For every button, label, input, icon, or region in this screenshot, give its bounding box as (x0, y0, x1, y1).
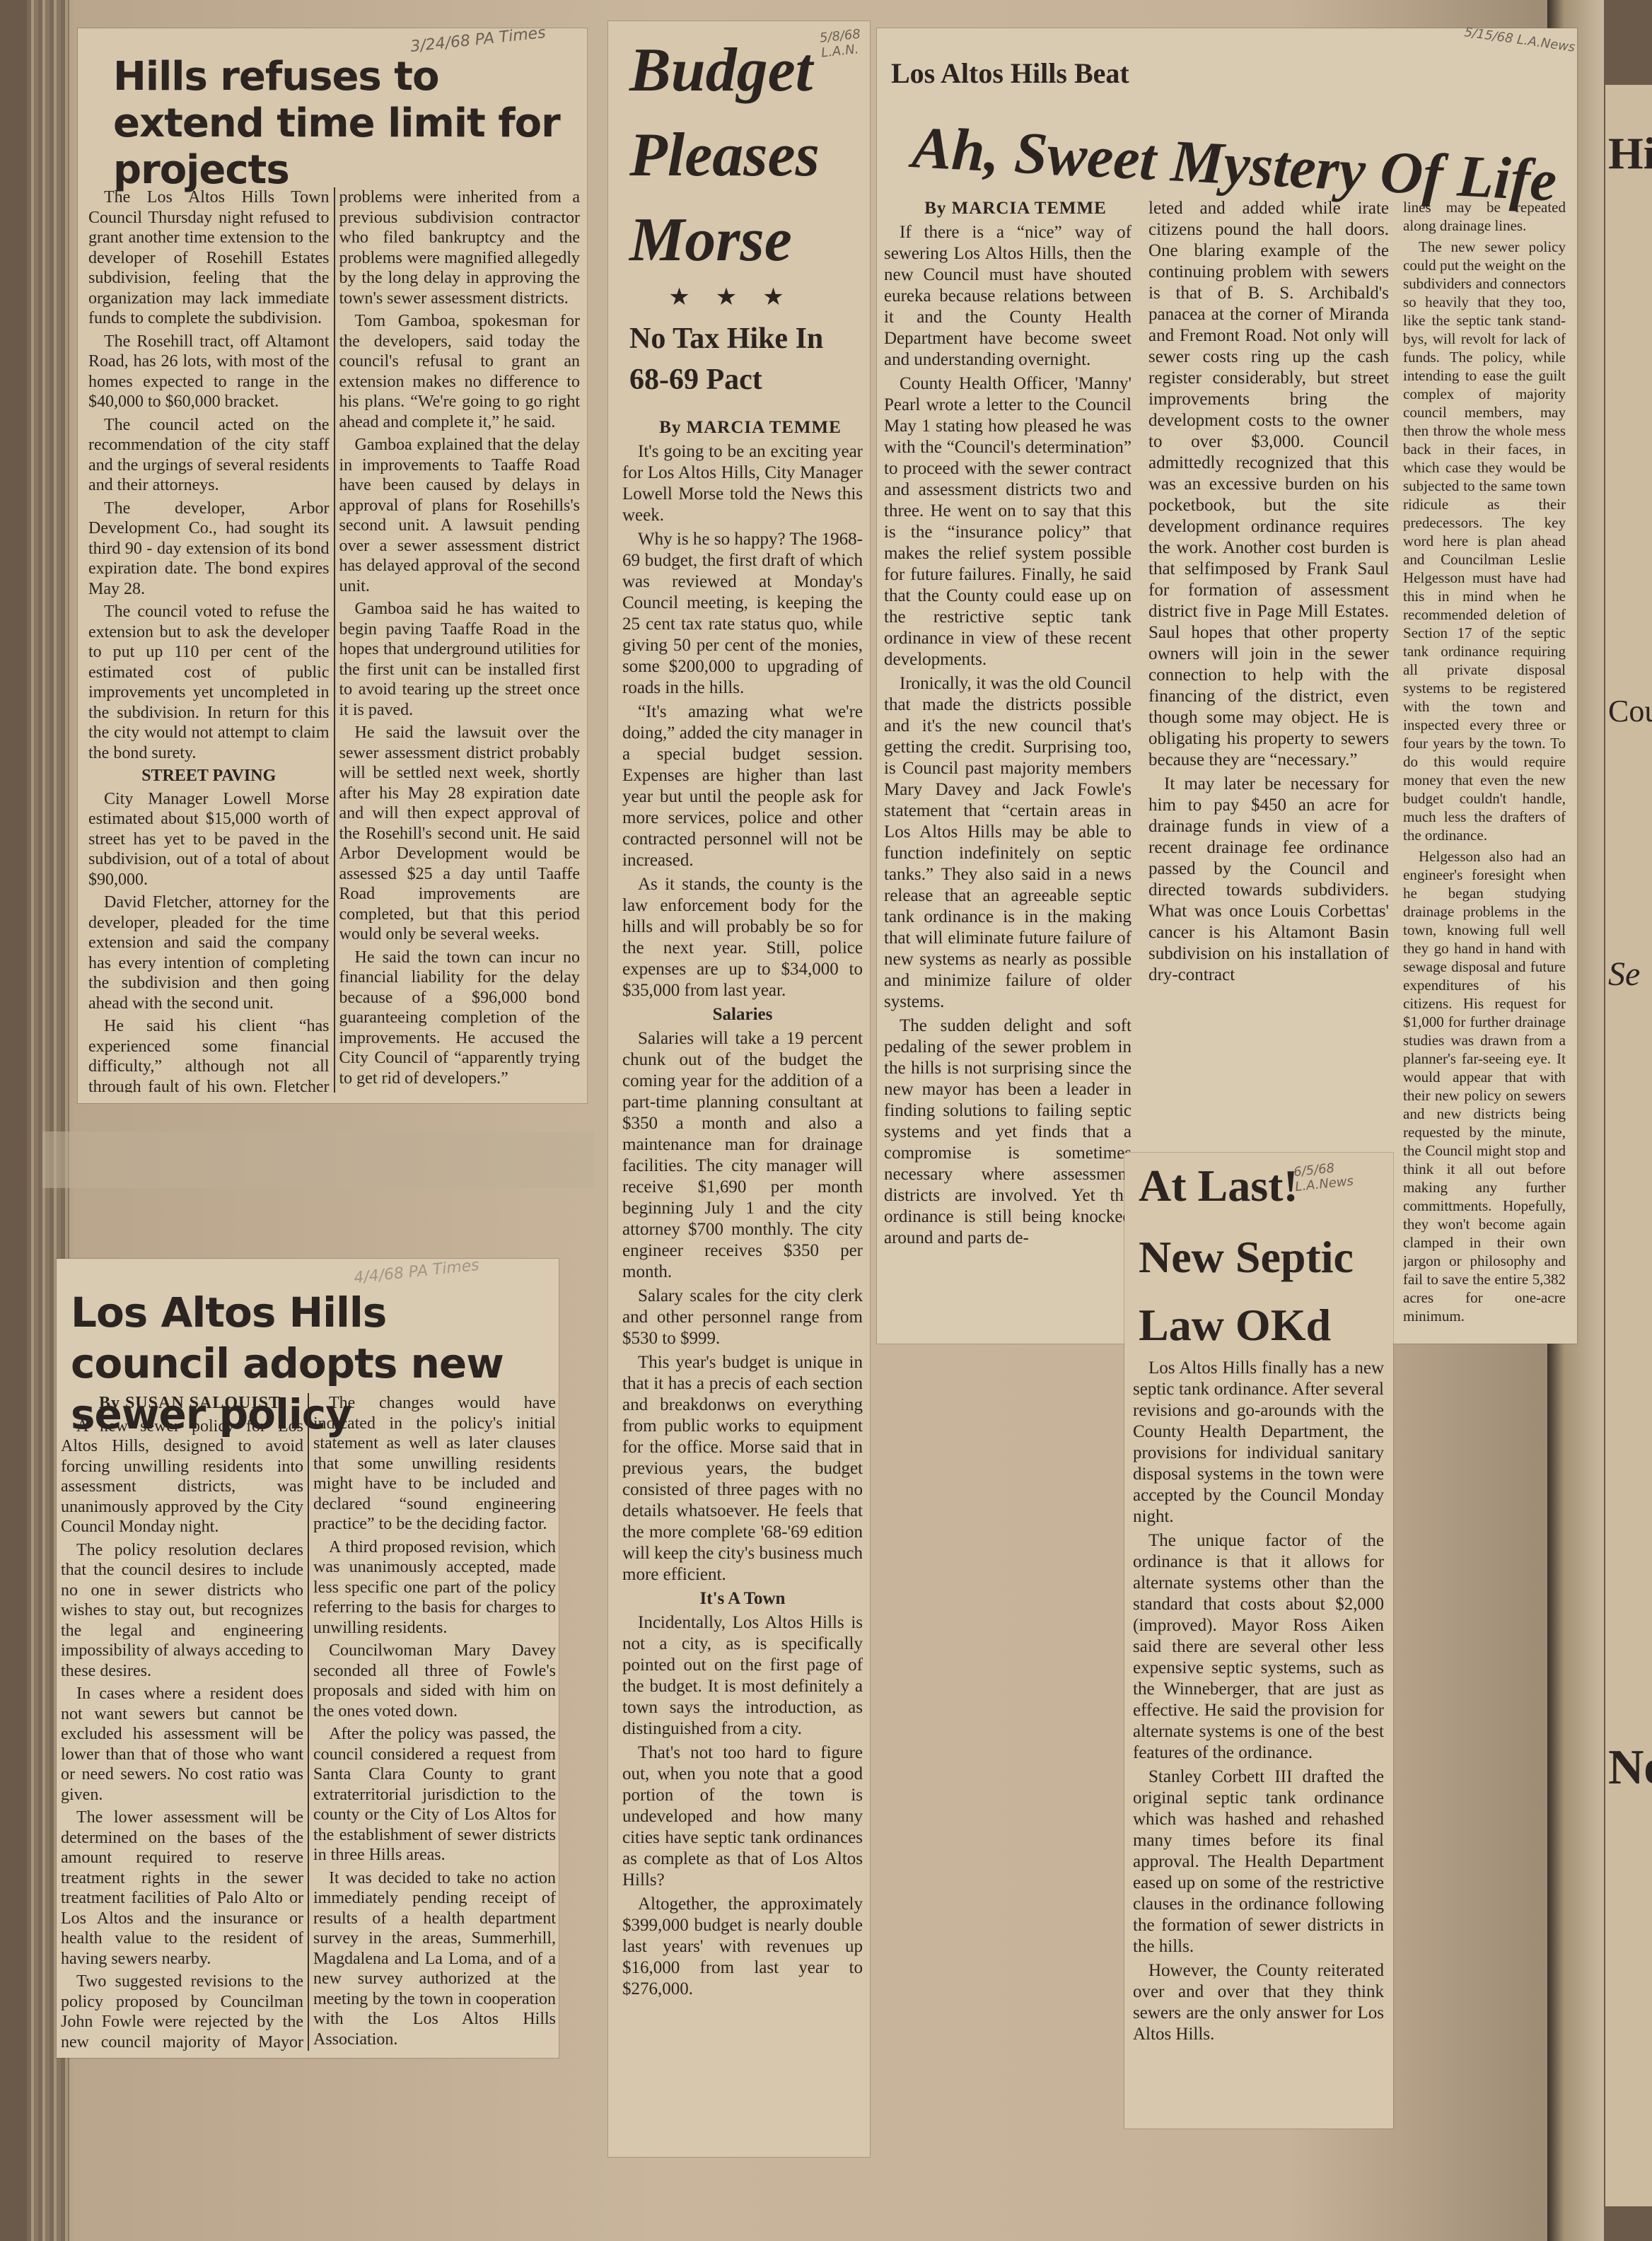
column-1: By MARCIA TEMME If there is a “nice” way… (884, 198, 1132, 1329)
byline: By SUSAN SALQUIST (61, 1393, 303, 1414)
column-rule (308, 1393, 309, 2051)
column-2: leted and added while irate citizens pou… (1148, 198, 1389, 1139)
next-page-edge: Hills Coun Se New (1605, 85, 1652, 2206)
byline: By MARCIA TEMME (884, 198, 1132, 219)
subheadline: No Tax Hike In 68-69 Pact (629, 318, 842, 400)
headline: Hills refuses to extend time limit for p… (113, 54, 566, 194)
fragment-top: Hills (1608, 127, 1652, 180)
handwritten-date: 4/4/68 PA Times (353, 1257, 480, 1287)
handwritten-date: 6/5/68 L.A.News (1293, 1155, 1395, 1194)
byline: By MARCIA TEMME (622, 417, 863, 438)
column-3: lines may be repeated along drainage lin… (1403, 198, 1566, 1329)
column-1: Los Altos Hills finally has a new septic… (1133, 1358, 1384, 2121)
column-2: problems were inherited from a previous … (339, 187, 581, 1093)
headline-1: At Last! (1139, 1160, 1298, 1212)
column-1: By MARCIA TEMME It's going to be an exci… (622, 417, 863, 2150)
kicker: Los Altos Hills Beat (891, 57, 1129, 90)
clipping-septic-law: 6/5/68 L.A.News At Last! New Septic Law … (1124, 1153, 1393, 2129)
clipping-budget: 5/8/68 L.A.N. Budget Pleases Morse ★★★ N… (608, 21, 870, 2157)
subhead: STREET PAVING (88, 766, 330, 786)
handwritten-date: 5/15/68 L.A.News (1463, 25, 1576, 55)
stars-divider: ★★★ (622, 283, 856, 311)
column-rule (334, 187, 335, 1093)
column-2: The changes would have indicated in the … (313, 1393, 556, 2051)
fragment-mid-2: Se (1608, 955, 1640, 994)
article-columns: By MARCIA TEMME It's going to be an exci… (622, 417, 863, 2150)
clipping-sweet-mystery: 5/15/68 L.A.News Los Altos Hills Beat Ah… (877, 28, 1577, 1344)
subhead: It's A Town (622, 1588, 863, 1610)
subhead: Salaries (622, 1004, 863, 1025)
tape-strip (42, 1131, 594, 1188)
fragment-bottom: New (1608, 1740, 1652, 1796)
article-columns: Los Altos Hills finally has a new septic… (1133, 1358, 1384, 2121)
headline: Budget Pleases Morse (629, 28, 842, 283)
column-1: The Los Altos Hills Town Council Thursda… (88, 187, 330, 1093)
article-columns: By SUSAN SALQUIST A new sewer policy for… (61, 1393, 556, 2051)
handwritten-date: 3/24/68 PA Times (409, 24, 547, 56)
clipping-sewer-policy: 4/4/68 PA Times Los Altos Hills council … (57, 1259, 559, 2058)
column-1: By SUSAN SALQUIST A new sewer policy for… (61, 1393, 303, 2051)
headline-2: New Septic Law OKd (1139, 1223, 1379, 1359)
clipping-hills-refuses: 3/24/68 PA Times Hills refuses to extend… (78, 28, 587, 1103)
article-columns: The Los Altos Hills Town Council Thursda… (88, 187, 580, 1093)
fragment-mid-1: Coun (1608, 693, 1652, 729)
